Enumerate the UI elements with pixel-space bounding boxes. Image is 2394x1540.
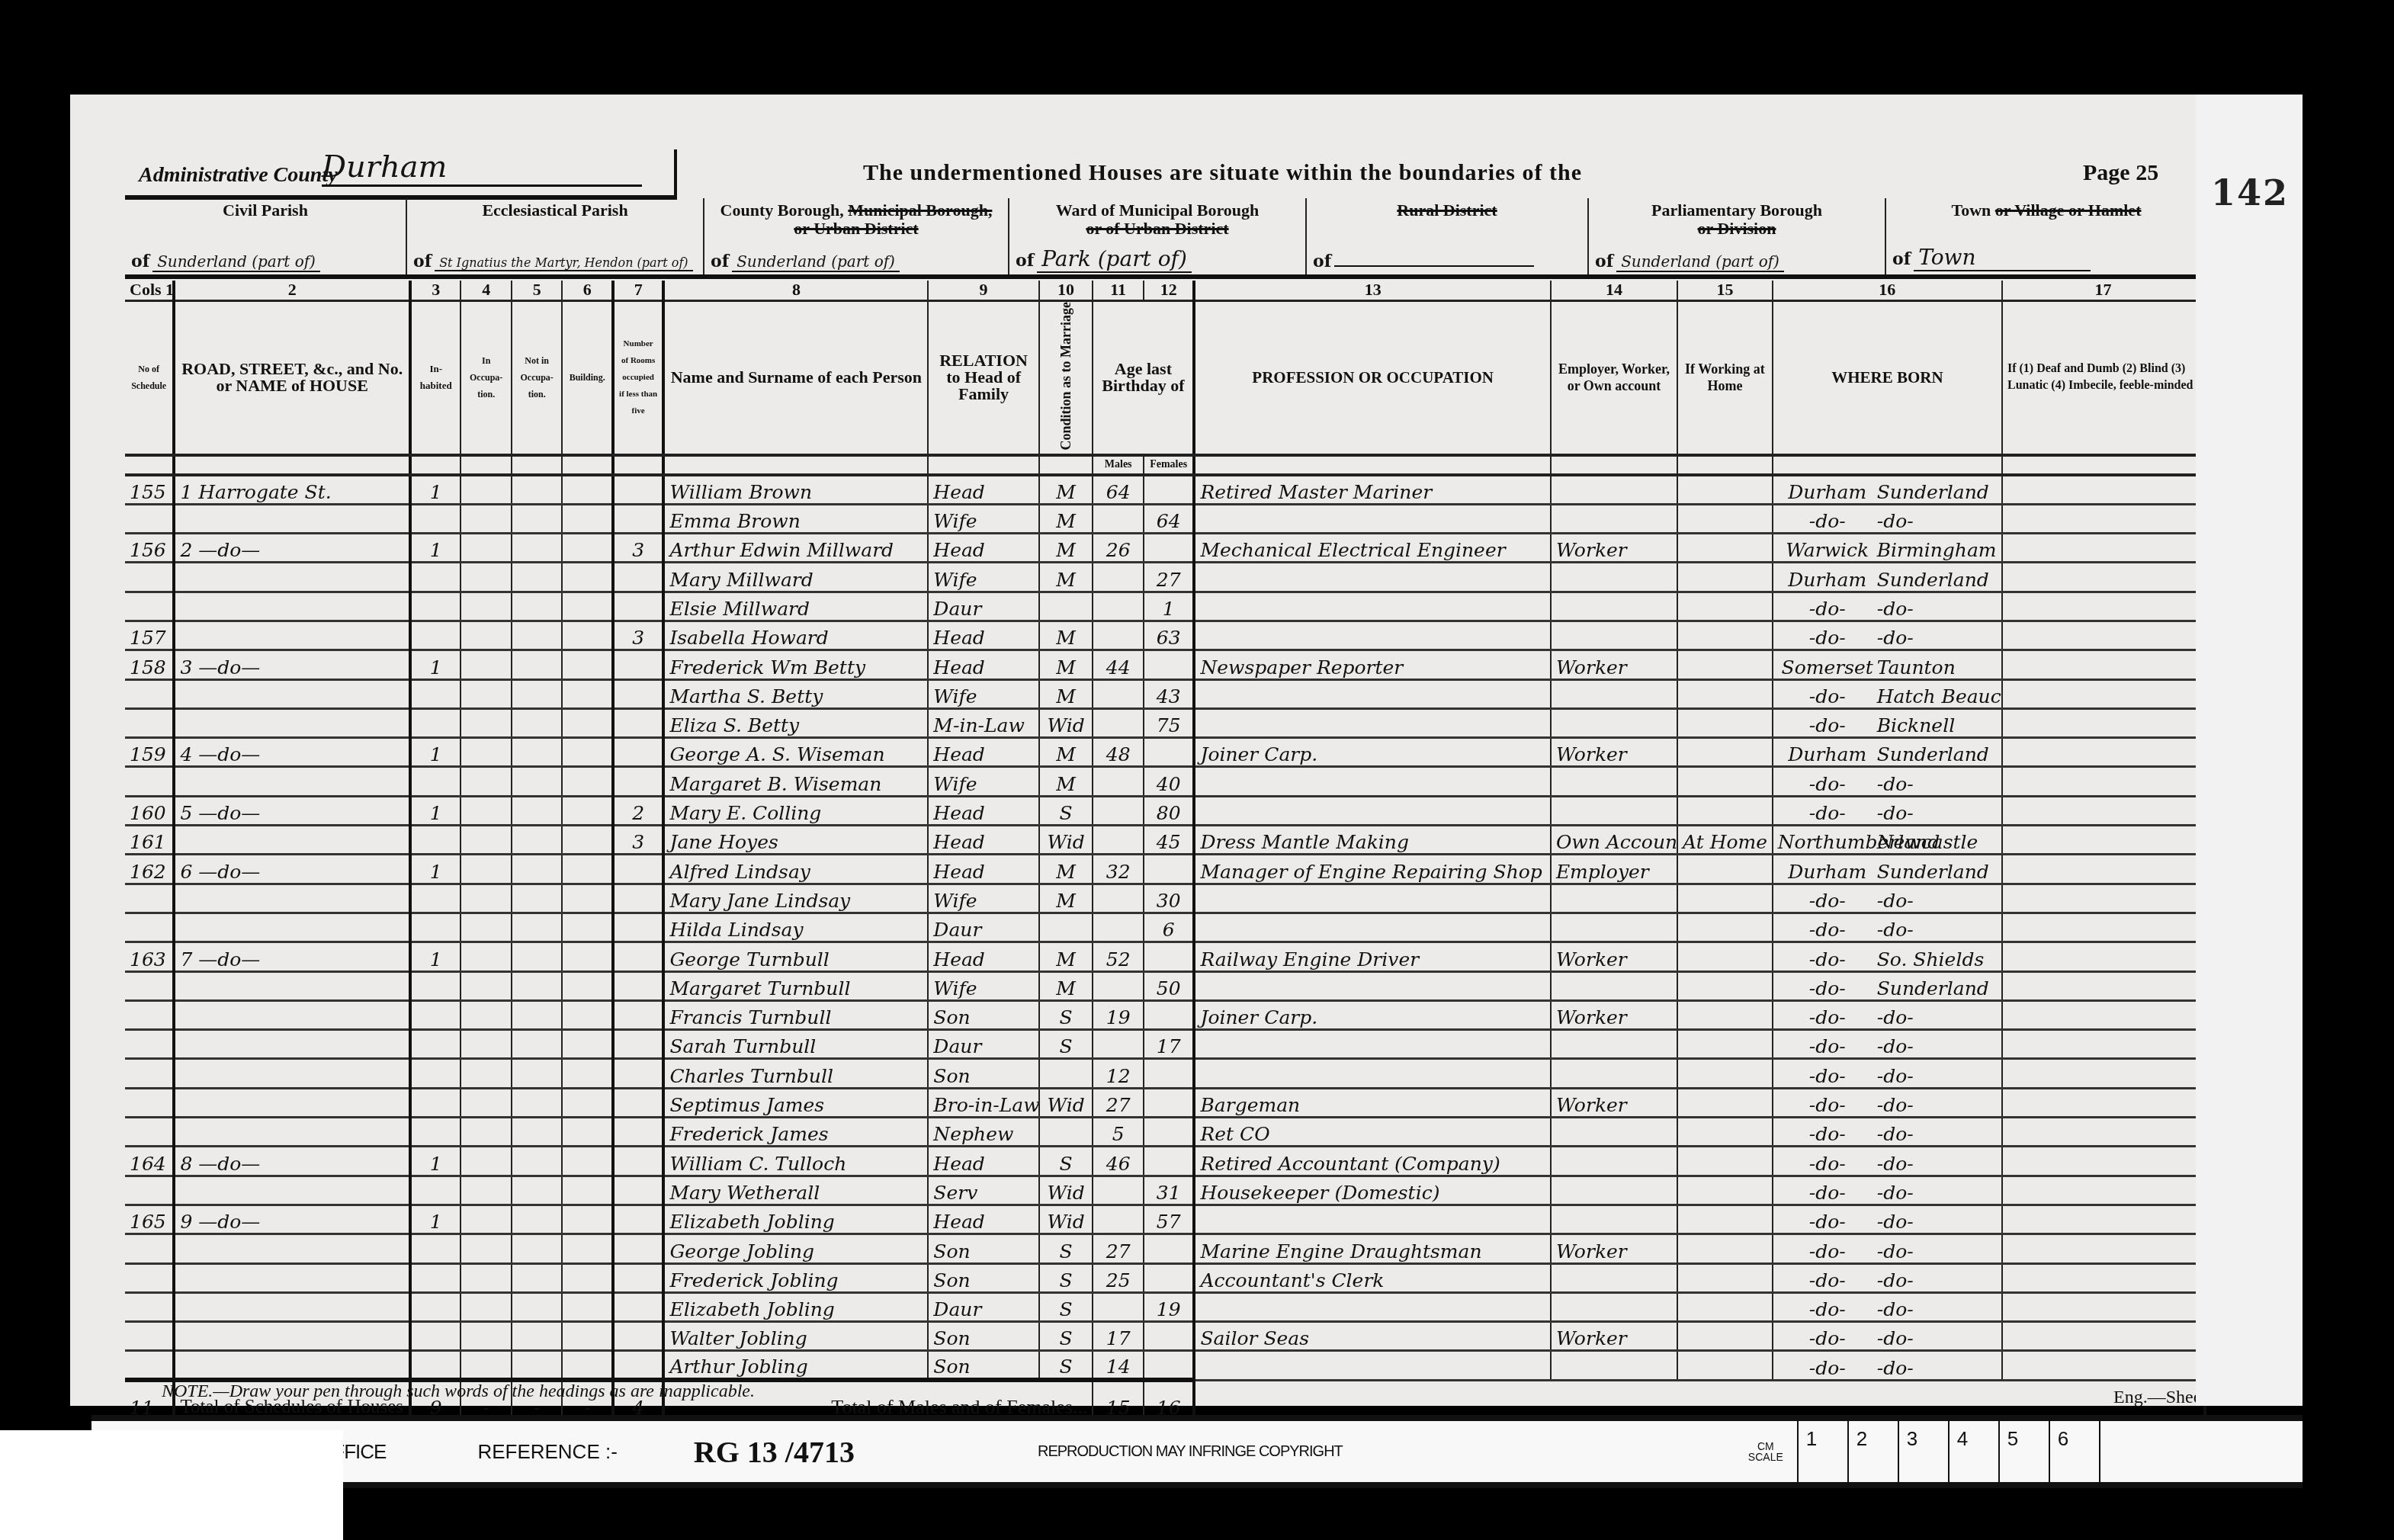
birth-town: -do-	[1877, 1035, 1914, 1057]
in-occupation-cell	[461, 1176, 511, 1205]
header-where-born: WHERE BORN	[1773, 300, 2002, 455]
name-cell: Sarah Turnbull	[663, 1030, 928, 1059]
infirmity-cell	[2002, 1000, 2205, 1029]
inhabited-cell	[410, 592, 461, 621]
birth-town: -do-	[1877, 1240, 1914, 1262]
table-row: Arthur JoblingSonS14-do--do-	[125, 1351, 2205, 1380]
infirmity-cell	[2002, 1234, 2205, 1263]
working-home-cell	[1677, 1147, 1773, 1176]
cm-scale-label: CM SCALE	[1747, 1441, 1785, 1462]
birth-county: -do-	[1778, 890, 1877, 912]
condition-cell: M	[1039, 650, 1093, 679]
occupation-cell	[1194, 1292, 1550, 1321]
occupation-cell: Joiner Carp.	[1194, 1000, 1550, 1029]
relation-cell: Wife	[928, 884, 1038, 913]
schedule-cell	[125, 884, 174, 913]
building-cell	[562, 826, 612, 855]
address-cell	[174, 1322, 410, 1351]
in-occupation-cell	[461, 942, 511, 971]
birth-county: -do-	[1778, 510, 1877, 532]
infirmity-cell	[2002, 1292, 2205, 1321]
male-age-cell: 14	[1093, 1351, 1143, 1380]
female-age-cell	[1144, 1118, 1194, 1147]
in-occupation-cell	[461, 1322, 511, 1351]
not-in-occupation-cell	[512, 563, 562, 592]
infirmity-cell	[2002, 913, 2205, 942]
occupation-cell: Retired Accountant (Company)	[1194, 1147, 1550, 1176]
where-born-cell: WarwickBirmingham	[1773, 534, 2002, 563]
not-in-occupation-cell	[512, 504, 562, 533]
in-occupation-cell	[461, 796, 511, 825]
occupation-cell: Bargeman	[1194, 1088, 1550, 1117]
infirmity-cell	[2002, 1351, 2205, 1380]
occupation-cell	[1194, 796, 1550, 825]
female-age-cell	[1144, 1234, 1194, 1263]
address-cell	[174, 592, 410, 621]
header-employer: Employer, Worker, or Own account	[1551, 300, 1677, 455]
male-age-cell	[1093, 913, 1143, 942]
building-cell	[562, 1118, 612, 1147]
female-age-cell: 80	[1144, 796, 1194, 825]
male-age-cell	[1093, 1205, 1143, 1234]
name-cell: Charles Turnbull	[663, 1059, 928, 1088]
inhabited-cell	[410, 504, 461, 533]
male-age-cell	[1093, 971, 1143, 1000]
birth-county: Durham	[1778, 861, 1877, 883]
in-occupation-cell	[461, 1059, 511, 1088]
employer-cell: Own Account	[1551, 826, 1677, 855]
right-margin	[2196, 95, 2303, 1406]
inhabited-cell: 1	[410, 650, 461, 679]
schedule-cell	[125, 708, 174, 737]
in-occupation-cell	[461, 504, 511, 533]
working-home-cell	[1677, 1205, 1773, 1234]
female-age-cell	[1144, 1088, 1194, 1117]
in-occupation-cell	[461, 534, 511, 563]
name-cell: Elsie Millward	[663, 592, 928, 621]
address-cell	[174, 1292, 410, 1321]
occupation-cell	[1194, 1030, 1550, 1059]
occupation-cell: Accountant's Clerk	[1194, 1263, 1550, 1292]
birth-town: -do-	[1877, 1006, 1914, 1028]
schedule-cell: 161	[125, 826, 174, 855]
condition-cell: M	[1039, 621, 1093, 650]
working-home-cell	[1677, 650, 1773, 679]
infirmity-cell	[2002, 826, 2205, 855]
employer-cell	[1551, 563, 1677, 592]
birth-town: Hatch Beauchamp	[1877, 685, 2002, 707]
relation-cell: Son	[928, 1000, 1038, 1029]
note-text: NOTE.—Draw your pen through such words o…	[162, 1381, 755, 1402]
schedule-cell	[125, 563, 174, 592]
occupation-cell: Marine Engine Draughtsman	[1194, 1234, 1550, 1263]
relation-cell: Wife	[928, 563, 1038, 592]
birth-county: -do-	[1778, 773, 1877, 795]
birth-town: -do-	[1877, 1094, 1914, 1116]
building-cell	[562, 1351, 612, 1380]
birth-town: -do-	[1877, 919, 1914, 941]
page-number: Page 25	[2083, 160, 2158, 186]
table-row: Mary MillwardWifeM27DurhamSunderland	[125, 563, 2205, 592]
building-cell	[562, 504, 612, 533]
table-row: Walter JoblingSonS17Sailor SeasWorker-do…	[125, 1322, 2205, 1351]
rooms-cell	[613, 1000, 663, 1029]
where-born-cell: -do--do-	[1773, 1234, 2002, 1263]
not-in-occupation-cell	[512, 1176, 562, 1205]
schedule-cell	[125, 1176, 174, 1205]
census-table: Cols 1 2 3 4 5 6 7 8 9 10 11 12 13 14 15…	[125, 281, 2206, 1437]
address-cell	[174, 1030, 410, 1059]
in-occupation-cell	[461, 1234, 511, 1263]
working-home-cell	[1677, 855, 1773, 884]
condition-cell	[1039, 592, 1093, 621]
in-occupation-cell	[461, 1118, 511, 1147]
birth-county: -do-	[1778, 1327, 1877, 1349]
female-age-cell	[1144, 1351, 1194, 1380]
where-born-cell: NorthumberlandNewcastle	[1773, 826, 2002, 855]
not-in-occupation-cell	[512, 1205, 562, 1234]
occupation-cell	[1194, 1205, 1550, 1234]
rooms-cell	[613, 708, 663, 737]
condition-cell: M	[1039, 884, 1093, 913]
in-occupation-cell	[461, 592, 511, 621]
rooms-cell	[613, 1234, 663, 1263]
where-born-cell: SomersetTaunton	[1773, 650, 2002, 679]
occupation-cell	[1194, 913, 1550, 942]
table-row: Charles TurnbullSon12-do--do-	[125, 1059, 2205, 1088]
where-born-cell: -do--do-	[1773, 1030, 2002, 1059]
working-home-cell	[1677, 1263, 1773, 1292]
address-cell: 8 —do—	[174, 1147, 410, 1176]
not-in-occupation-cell	[512, 826, 562, 855]
condition-cell: S	[1039, 796, 1093, 825]
folio-number: 142	[2211, 172, 2289, 213]
table-row: George JoblingSonS27Marine Engine Draugh…	[125, 1234, 2205, 1263]
rooms-cell	[613, 913, 663, 942]
in-occupation-cell	[461, 1263, 511, 1292]
birth-county: -do-	[1778, 1357, 1877, 1379]
address-cell	[174, 767, 410, 796]
male-age-cell	[1093, 1030, 1143, 1059]
building-cell	[562, 1059, 612, 1088]
male-age-cell	[1093, 796, 1143, 825]
birth-town: Newcastle	[1877, 831, 1978, 853]
occupation-cell	[1194, 884, 1550, 913]
birth-town: Taunton	[1877, 656, 1956, 679]
birth-town: -do-	[1877, 510, 1914, 532]
relation-cell: Wife	[928, 971, 1038, 1000]
birth-county: Durham	[1778, 743, 1877, 765]
building-cell	[562, 1292, 612, 1321]
birth-town: Birmingham	[1877, 539, 1997, 561]
not-in-occupation-cell	[512, 1118, 562, 1147]
rooms-cell	[613, 1147, 663, 1176]
working-home-cell	[1677, 534, 1773, 563]
building-cell	[562, 621, 612, 650]
name-cell: Eliza S. Betty	[663, 708, 928, 737]
birth-town: So. Shields	[1877, 948, 1984, 971]
male-age-cell	[1093, 563, 1143, 592]
rooms-cell	[613, 767, 663, 796]
name-cell: William C. Tulloch	[663, 1147, 928, 1176]
where-born-cell: -do-Hatch Beauchamp	[1773, 679, 2002, 708]
ecclesiastical-parish-value: St Ignatius the Martyr, Hendon (part of)	[435, 255, 692, 271]
female-age-cell: 27	[1144, 563, 1194, 592]
working-home-cell: At Home	[1677, 826, 1773, 855]
inhabited-cell	[410, 1292, 461, 1321]
relation-cell: Head	[928, 1147, 1038, 1176]
birth-county: -do-	[1778, 1065, 1877, 1087]
address-cell	[174, 679, 410, 708]
relation-cell: Bro-in-Law	[928, 1088, 1038, 1117]
copyright-notice: REPRODUCTION MAY INFRINGE COPYRIGHT	[1038, 1443, 1343, 1461]
working-home-cell	[1677, 1059, 1773, 1088]
name-cell: Frederick James	[663, 1118, 928, 1147]
employer-cell	[1551, 679, 1677, 708]
name-cell: Arthur Edwin Millward	[663, 534, 928, 563]
working-home-cell	[1677, 708, 1773, 737]
employer-cell	[1551, 1030, 1677, 1059]
census-sheet: Administrative County Durham The underme…	[70, 95, 2266, 1406]
male-age-cell: 52	[1093, 942, 1143, 971]
not-in-occupation-cell	[512, 767, 562, 796]
female-age-cell: 75	[1144, 708, 1194, 737]
occupation-cell	[1194, 563, 1550, 592]
schedule-cell	[125, 971, 174, 1000]
male-age-cell	[1093, 621, 1143, 650]
employer-cell	[1551, 708, 1677, 737]
header-rooms: Number of Rooms occupied if less than fi…	[613, 300, 663, 455]
employer-cell: Employer	[1551, 855, 1677, 884]
address-cell: 7 —do—	[174, 942, 410, 971]
name-cell: Martha S. Betty	[663, 679, 928, 708]
birth-town: -do-	[1877, 890, 1914, 912]
ward: Ward of Municipal Boroughor of Urban Dis…	[1009, 198, 1307, 274]
not-in-occupation-cell	[512, 621, 562, 650]
inhabited-cell	[410, 1000, 461, 1029]
schedule-cell	[125, 504, 174, 533]
infirmity-cell	[2002, 855, 2205, 884]
condition-cell: S	[1039, 1000, 1093, 1029]
birth-town: Sunderland	[1877, 481, 1989, 503]
in-occupation-cell	[461, 708, 511, 737]
relation-cell: Daur	[928, 913, 1038, 942]
birth-county: -do-	[1778, 1269, 1877, 1291]
birth-town: Sunderland	[1877, 743, 1989, 765]
rooms-cell	[613, 1088, 663, 1117]
inhabited-cell	[410, 1088, 461, 1117]
birth-county: -do-	[1778, 685, 1877, 707]
not-in-occupation-cell	[512, 1000, 562, 1029]
male-age-cell	[1093, 1176, 1143, 1205]
address-cell: 5 —do—	[174, 796, 410, 825]
building-cell	[562, 1000, 612, 1029]
address-cell	[174, 1118, 410, 1147]
male-age-cell	[1093, 884, 1143, 913]
infirmity-cell	[2002, 534, 2205, 563]
working-home-cell	[1677, 1351, 1773, 1380]
building-cell	[562, 942, 612, 971]
condition-cell: M	[1039, 563, 1093, 592]
female-age-cell	[1144, 1000, 1194, 1029]
table-row: 1605 —do—12Mary E. CollingHeadS80-do--do…	[125, 796, 2205, 825]
male-age-cell: 19	[1093, 1000, 1143, 1029]
address-cell	[174, 708, 410, 737]
reference-label: REFERENCE :-	[477, 1440, 617, 1464]
name-cell: George Jobling	[663, 1234, 928, 1263]
building-cell	[562, 738, 612, 767]
employer-cell	[1551, 796, 1677, 825]
civil-parish: Civil Parish ofSunderland (part of)	[125, 198, 407, 274]
schedule-cell: 156	[125, 534, 174, 563]
condition-cell	[1039, 913, 1093, 942]
building-cell	[562, 855, 612, 884]
name-cell: Arthur Jobling	[663, 1351, 928, 1380]
name-cell: Mary Wetherall	[663, 1176, 928, 1205]
building-cell	[562, 708, 612, 737]
rooms-cell	[613, 1205, 663, 1234]
male-age-cell: 46	[1093, 1147, 1143, 1176]
not-in-occupation-cell	[512, 1088, 562, 1117]
male-age-cell	[1093, 1292, 1143, 1321]
occupation-cell: Dress Mantle Making	[1194, 826, 1550, 855]
header-name: Name and Surname of each Person	[663, 300, 928, 455]
birth-county: -do-	[1778, 714, 1877, 736]
address-cell	[174, 621, 410, 650]
birth-county: Durham	[1778, 569, 1877, 591]
admin-county-label: Administrative County	[139, 163, 338, 188]
occupation-cell: Ret CO	[1194, 1118, 1550, 1147]
rooms-cell	[613, 563, 663, 592]
admin-county-value: Durham	[322, 149, 642, 187]
infirmity-cell	[2002, 621, 2205, 650]
employer-cell	[1551, 1205, 1677, 1234]
inhabited-cell	[410, 1322, 461, 1351]
relation-cell: Wife	[928, 679, 1038, 708]
where-born-cell: -do--do-	[1773, 1000, 2002, 1029]
condition-cell: S	[1039, 1263, 1093, 1292]
rooms-cell	[613, 592, 663, 621]
table-row: Sarah TurnbullDaurS17-do--do-	[125, 1030, 2205, 1059]
employer-cell	[1551, 971, 1677, 1000]
schedule-cell	[125, 1263, 174, 1292]
where-born-cell: -do-Sunderland	[1773, 971, 2002, 1000]
birth-town: -do-	[1877, 1327, 1914, 1349]
table-row: Margaret B. WisemanWifeM40-do--do-	[125, 767, 2205, 796]
male-age-cell	[1093, 708, 1143, 737]
birth-county: Somerset	[1778, 656, 1877, 679]
infirmity-cell	[2002, 679, 2205, 708]
building-cell	[562, 475, 612, 504]
not-in-occupation-cell	[512, 708, 562, 737]
table-row: 1626 —do—1Alfred LindsayHeadM32Manager o…	[125, 855, 2205, 884]
where-born-cell: -do--do-	[1773, 504, 2002, 533]
name-cell: Walter Jobling	[663, 1322, 928, 1351]
male-age-cell: 25	[1093, 1263, 1143, 1292]
table-row: Elsie MillwardDaur1-do--do-	[125, 592, 2205, 621]
relation-cell: Daur	[928, 1030, 1038, 1059]
female-age-cell: 63	[1144, 621, 1194, 650]
header-in-occupation: In Occupa-tion.	[461, 300, 511, 455]
working-home-cell	[1677, 504, 1773, 533]
birth-county: -do-	[1778, 1094, 1877, 1116]
birth-county: -do-	[1778, 948, 1877, 971]
where-born-cell: -do--do-	[1773, 1205, 2002, 1234]
name-cell: Elizabeth Jobling	[663, 1292, 928, 1321]
schedule-cell: 163	[125, 942, 174, 971]
in-occupation-cell	[461, 913, 511, 942]
header-occupation: PROFESSION OR OCCUPATION	[1194, 300, 1550, 455]
schedule-cell	[125, 767, 174, 796]
infirmity-cell	[2002, 884, 2205, 913]
building-cell	[562, 1176, 612, 1205]
schedule-cell	[125, 679, 174, 708]
infirmity-cell	[2002, 1176, 2205, 1205]
employer-cell: Worker	[1551, 1000, 1677, 1029]
building-cell	[562, 563, 612, 592]
relation-cell: Head	[928, 826, 1038, 855]
working-home-cell	[1677, 1000, 1773, 1029]
birth-town: Bicknell	[1877, 714, 1955, 736]
birth-town: Sunderland	[1877, 977, 1989, 999]
where-born-cell: DurhamSunderland	[1773, 855, 2002, 884]
header-building: Building.	[562, 300, 612, 455]
working-home-cell	[1677, 1030, 1773, 1059]
rooms-cell	[613, 504, 663, 533]
in-occupation-cell	[461, 621, 511, 650]
relation-cell: Head	[928, 796, 1038, 825]
rooms-cell	[613, 1322, 663, 1351]
employer-cell	[1551, 1292, 1677, 1321]
inhabited-cell: 1	[410, 738, 461, 767]
table-row: Frederick JoblingSonS25Accountant's Cler…	[125, 1263, 2205, 1292]
header-road: ROAD, STREET, &c., and No. or NAME of HO…	[174, 300, 410, 455]
cm-scale: 1 2 3 4 5 6	[1797, 1421, 2149, 1482]
civil-parish-value: Sunderland (part of)	[152, 252, 320, 272]
occupation-cell	[1194, 971, 1550, 1000]
female-age-cell	[1144, 1263, 1194, 1292]
infirmity-cell	[2002, 971, 2205, 1000]
county-borough: County Borough, Municipal Borough, or Ur…	[704, 198, 1009, 274]
building-cell	[562, 1263, 612, 1292]
birth-county: Warwick	[1778, 539, 1877, 561]
relation-cell: Wife	[928, 767, 1038, 796]
address-cell	[174, 504, 410, 533]
table-row: Mary WetherallServWid31Housekeeper (Dome…	[125, 1176, 2205, 1205]
inhabited-cell: 1	[410, 1205, 461, 1234]
where-born-cell: -do--do-	[1773, 796, 2002, 825]
building-cell	[562, 767, 612, 796]
working-home-cell	[1677, 1088, 1773, 1117]
condition-cell: S	[1039, 1234, 1093, 1263]
female-age-cell: 6	[1144, 913, 1194, 942]
birth-county: Durham	[1778, 481, 1877, 503]
female-age-cell	[1144, 738, 1194, 767]
female-age-cell: 50	[1144, 971, 1194, 1000]
relation-cell: Daur	[928, 592, 1038, 621]
not-in-occupation-cell	[512, 913, 562, 942]
where-born-cell: -do--do-	[1773, 1176, 2002, 1205]
in-occupation-cell	[461, 767, 511, 796]
birth-town: Sunderland	[1877, 569, 1989, 591]
name-cell: Jane Hoyes	[663, 826, 928, 855]
in-occupation-cell	[461, 475, 511, 504]
building-cell	[562, 1322, 612, 1351]
where-born-cell: -do--do-	[1773, 1118, 2002, 1147]
birth-county: Northumberland	[1778, 831, 1877, 853]
header-relation: RELATION to Head of Family	[928, 300, 1038, 455]
infirmity-cell	[2002, 796, 2205, 825]
